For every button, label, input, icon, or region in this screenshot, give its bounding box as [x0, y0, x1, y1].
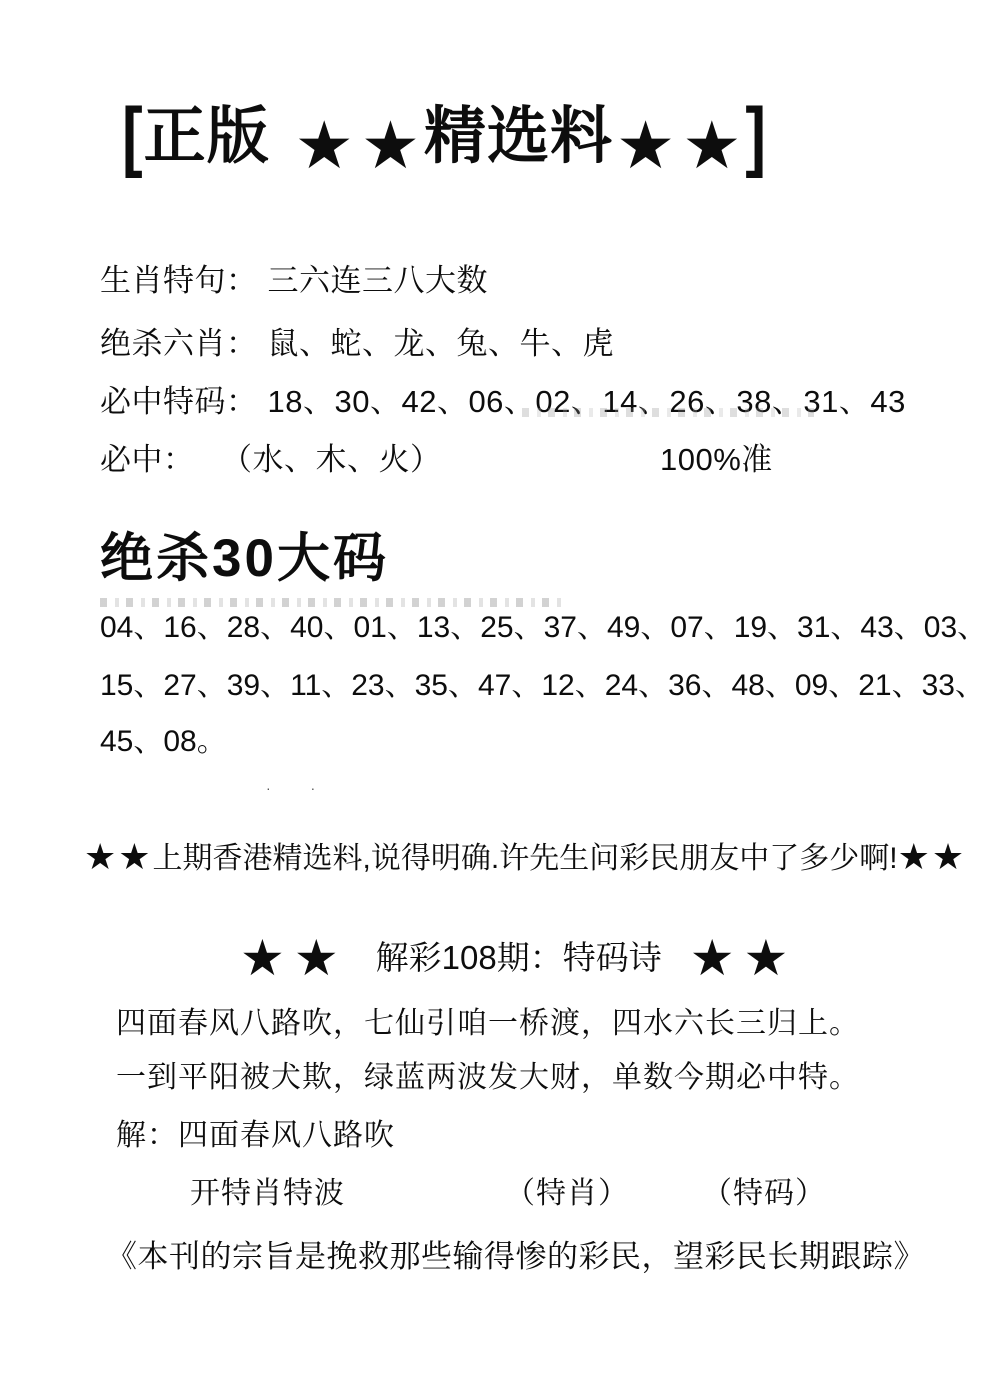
star-icon: ★ — [682, 112, 742, 178]
kill30-line-1: 04、16、28、40、01、13、25、37、49、07、19、31、43、0… — [100, 610, 986, 646]
star-icon: ★★ — [84, 839, 153, 875]
poem-line-1: 四面春风八路吹，七仙引咱一桥渡，四水六长三归上。 — [116, 1006, 860, 1042]
star-icon: ★★ — [240, 933, 348, 983]
accuracy-note: 100%准 — [660, 441, 773, 478]
texiao-text: （特肖） — [505, 1176, 629, 1212]
footer-note: 《本刊的宗旨是挽救那些输得惨的彩民，望彩民长期跟踪》 — [106, 1231, 925, 1276]
star-icon: ★ — [295, 112, 355, 178]
prediction-value: 三六连三八大数 — [268, 263, 489, 298]
poem-line-2: 一到平阳被犬欺，绿蓝两波发大财，单数今期必中特。 — [116, 1060, 860, 1096]
star-icon: ★★ — [898, 839, 967, 875]
banner-line: ★★上期香港精选料,说得明确.许先生问彩民朋友中了多少啊!★★ — [84, 833, 966, 877]
prediction-label: 绝杀六肖： — [100, 326, 258, 361]
prediction-row-bizhong: 必中：（水、木、火） 100%准 — [100, 441, 880, 478]
erased-text-artifact — [100, 598, 562, 607]
kill30-heading: 绝杀30大码 — [100, 530, 389, 588]
poem-open-line: 开特肖特波 （特肖） （特码） — [0, 1176, 986, 1212]
prediction-value: 鼠、蛇、龙、兔、牛、虎 — [268, 326, 615, 361]
prediction-row-liuxiao: 绝杀六肖：鼠、蛇、龙、兔、牛、虎 — [100, 325, 614, 362]
kill30-line-2: 15、27、39、11、23、35、47、12、24、36、48、09、21、3… — [100, 668, 985, 704]
prediction-row-shengxiao: 生肖特句：三六连三八大数 — [100, 262, 488, 299]
tema-text: （特码） — [702, 1176, 826, 1212]
erased-text-artifact — [522, 408, 814, 417]
title-close-bracket: ] — [745, 98, 767, 176]
page: [正版★★精选料★★] 生肖特句：三六连三八大数 绝杀六肖：鼠、蛇、龙、兔、牛、… — [0, 0, 986, 1388]
poem-solution: 解：四面春风八路吹 — [116, 1118, 395, 1154]
open-text: 开特肖特波 — [190, 1176, 345, 1212]
star-icon: ★ — [616, 112, 676, 178]
prediction-value: （水、木、火） — [237, 442, 442, 477]
poem-heading-row: ★★ 解彩108期：特码诗 ★★ — [240, 926, 797, 984]
prediction-label: 生肖特句： — [100, 263, 258, 298]
dot-artifact: · · — [266, 780, 333, 796]
banner-text: 上期香港精选料,说得明确.许先生问彩民朋友中了多少啊! — [153, 833, 898, 877]
title-brand: 正版 — [144, 106, 270, 168]
kill30-line-3: 45、08。 — [100, 724, 227, 760]
star-icon: ★★ — [690, 933, 798, 983]
title-name: 精选料 — [424, 106, 613, 168]
title-open-bracket: [ — [122, 98, 144, 176]
poem-heading: 解彩108期：特码诗 — [376, 932, 662, 979]
prediction-label: 必中： — [100, 442, 195, 477]
star-icon: ★ — [361, 112, 421, 178]
page-title: [正版★★精选料★★] — [122, 104, 767, 170]
prediction-label: 必中特码： — [100, 384, 258, 419]
